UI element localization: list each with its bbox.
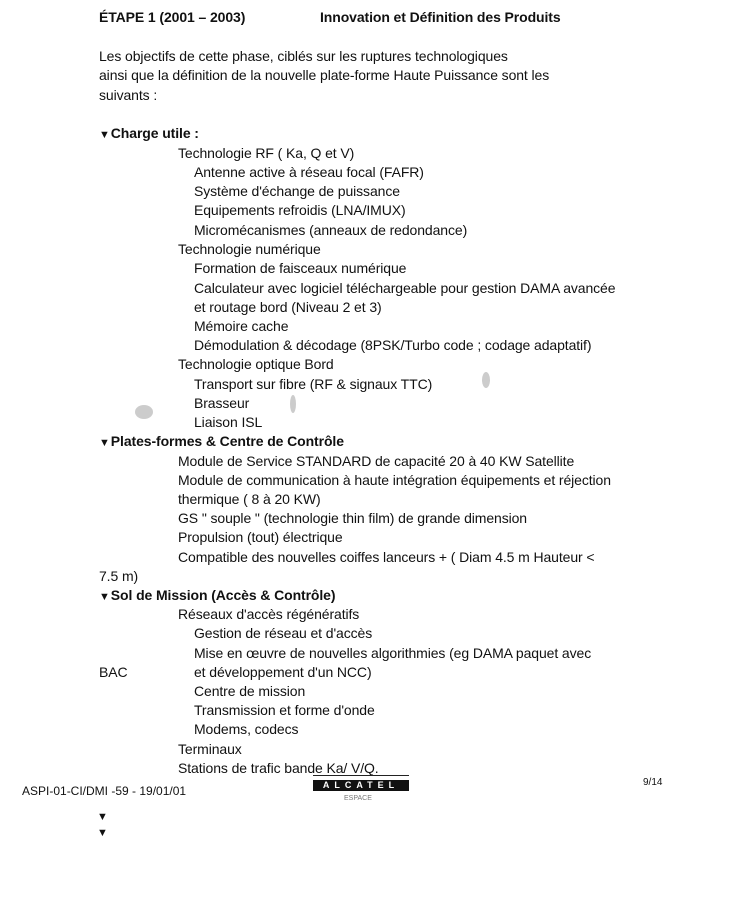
list-item: Technologie numérique <box>178 240 321 259</box>
list-item: Mise en œuvre de nouvelles algorithmies … <box>194 644 591 663</box>
list-item: 7.5 m) <box>99 567 138 586</box>
list-item: Gestion de réseau et d'accès <box>194 624 372 643</box>
section-heading-text: Plates-formes & Centre de Contrôle <box>111 433 344 449</box>
list-item: thermique ( 8 à 20 KW) <box>178 490 321 509</box>
triangle-bullet-icon: ▼ <box>99 434 110 453</box>
margin-label-bac: BAC <box>99 663 128 682</box>
list-item: et routage bord (Niveau 2 et 3) <box>194 298 382 317</box>
list-item: Calculateur avec logiciel téléchargeable… <box>194 279 615 298</box>
list-item: Technologie optique Bord <box>178 355 334 374</box>
section-heading-text: Charge utile : <box>111 125 199 141</box>
list-item: Antenne active à réseau focal (FAFR) <box>194 163 424 182</box>
list-item: Technologie RF ( Ka, Q et V) <box>178 144 354 163</box>
section-heading-plates-formes: ▼Plates-formes & Centre de Contrôle <box>99 432 344 453</box>
phase-label: ÉTAPE 1 (2001 – 2003) <box>99 9 245 25</box>
list-item: Système d'échange de puissance <box>194 182 400 201</box>
section-heading-text: Sol de Mission (Accès & Contrôle) <box>111 587 336 603</box>
list-item: Equipements refroidis (LNA/IMUX) <box>194 201 406 220</box>
phase-name: Innovation et Définition des Produits <box>320 8 561 27</box>
scan-noise <box>482 372 490 388</box>
page-title: ÉTAPE 1 (2001 – 2003) Innovation et Défi… <box>99 8 245 27</box>
intro-line-1: Les objectifs de cette phase, ciblés sur… <box>99 47 508 66</box>
triangle-bullet-icon: ▼ <box>97 827 108 839</box>
scan-noise <box>290 395 296 413</box>
intro-line-2: ainsi que la définition de la nouvelle p… <box>99 66 549 85</box>
list-item: Terminaux <box>178 740 242 759</box>
list-item: Liaison ISL <box>194 413 262 432</box>
list-item: et développement d'un NCC) <box>194 663 372 682</box>
scan-noise <box>135 405 153 419</box>
list-item: Réseaux d'accès régénératifs <box>178 605 359 624</box>
list-item: GS " souple " (technologie thin film) de… <box>178 509 527 528</box>
list-item: Propulsion (tout) électrique <box>178 528 343 547</box>
list-item: Modems, codecs <box>194 720 298 739</box>
list-item: Formation de faisceaux numérique <box>194 259 406 278</box>
list-item: Module de communication à haute intégrat… <box>178 471 611 490</box>
section-heading-charge-utile: ▼Charge utile : <box>99 124 199 145</box>
list-item: Micromécanismes (anneaux de redondance) <box>194 221 467 240</box>
document-reference: ASPI-01-CI/DMI -59 - 19/01/01 <box>22 784 186 798</box>
list-item: Compatible des nouvelles coiffes lanceur… <box>178 548 594 567</box>
list-item: Transmission et forme d'onde <box>194 701 375 720</box>
triangle-bullet-icon: ▼ <box>99 126 110 145</box>
triangle-bullet-icon: ▼ <box>97 811 108 823</box>
page-number: 9/14 <box>643 777 662 788</box>
intro-line-3: suivants : <box>99 86 157 105</box>
list-item: Transport sur fibre (RF & signaux TTC) <box>194 375 432 394</box>
triangle-bullet-icon: ▼ <box>99 588 110 607</box>
list-item: Centre de mission <box>194 682 305 701</box>
list-item: Mémoire cache <box>194 317 288 336</box>
list-item: Module de Service STANDARD de capacité 2… <box>178 452 574 471</box>
list-item: Brasseur <box>194 394 249 413</box>
alcatel-logo: ALCATEL <box>313 780 409 791</box>
logo-subtitle: ESPACE <box>344 795 372 802</box>
section-heading-sol-mission: ▼Sol de Mission (Accès & Contrôle) <box>99 586 335 607</box>
list-item: Démodulation & décodage (8PSK/Turbo code… <box>194 336 591 355</box>
underline-rule <box>313 775 409 776</box>
